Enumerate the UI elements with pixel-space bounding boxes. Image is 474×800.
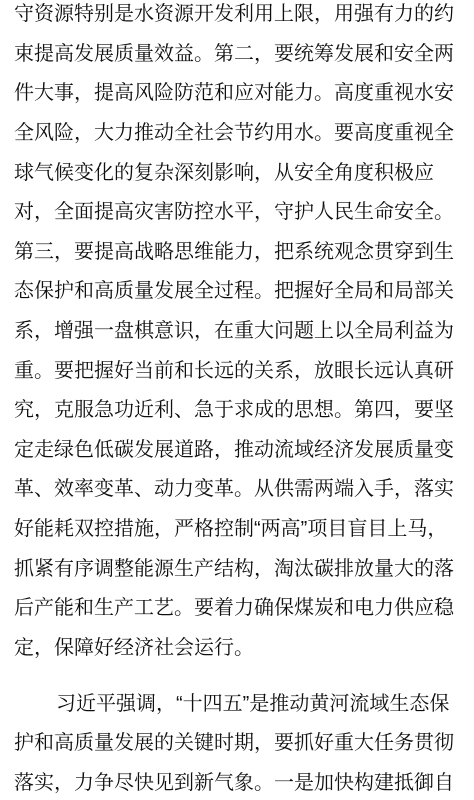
text-line: 守资源特别是水资源开发利用上限，用强有力的约: [14, 0, 460, 35]
text-line: 习近平强调，“十四五”是推动黄河流域生态保: [14, 685, 460, 725]
text-line: 对，全面提高灾害防控水平，守护人民生命安全。: [14, 193, 460, 233]
text-line: 重。要把握好当前和长远的关系，放眼长远认真研: [14, 352, 460, 392]
text-line: 全风险，大力推动全社会节约用水。要高度重视全: [14, 114, 460, 154]
text-line: 第三，要提高战略思维能力，把系统观念贯穿到生: [14, 233, 460, 273]
text-line: 好能耗双控措施，严格控制“两高”项目盲目上马，: [14, 510, 460, 550]
text-line: 定走绿色低碳发展道路，推动流域经济发展质量变: [14, 431, 460, 471]
text-line: 革、效率变革、动力变革。从供需两端入手，落实: [14, 470, 460, 510]
text-line: 护和高质量发展的关键时期，要抓好重大任务贯彻: [14, 724, 460, 764]
text-line: 束提高发展质量效益。第二，要统筹发展和安全两: [14, 35, 460, 75]
article-body: 守资源特别是水资源开发利用上限，用强有力的约 束提高发展质量效益。第二，要统筹发…: [0, 0, 474, 800]
article-page: { "page": { "background_color": "#ffffff…: [0, 0, 474, 800]
paragraph-1: 守资源特别是水资源开发利用上限，用强有力的约 束提高发展质量效益。第二，要统筹发…: [14, 0, 460, 668]
text-line: 态保护和高质量发展全过程。把握好全局和局部关: [14, 272, 460, 312]
paragraph-2: 习近平强调，“十四五”是推动黄河流域生态保 护和高质量发展的关键时期，要抓好重大…: [14, 685, 460, 800]
text-line: 系，增强一盘棋意识，在重大问题上以全局利益为: [14, 312, 460, 352]
text-line: 抓紧有序调整能源生产结构，淘汰碳排放量大的落: [14, 550, 460, 590]
text-line: 究，克服急功近利、急于求成的思想。第四，要坚: [14, 391, 460, 431]
text-line: 定，保障好经济社会运行。: [14, 629, 460, 669]
text-line: 球气候变化的复杂深刻影响，从安全角度积极应: [14, 154, 460, 194]
text-line: 件大事，提高风险防范和应对能力。高度重视水安: [14, 74, 460, 114]
text-line: 后产能和生产工艺。要着力确保煤炭和电力供应稳: [14, 589, 460, 629]
text-line: 落实，力争尽快见到新气象。一是加快构建抵御自: [14, 764, 460, 800]
